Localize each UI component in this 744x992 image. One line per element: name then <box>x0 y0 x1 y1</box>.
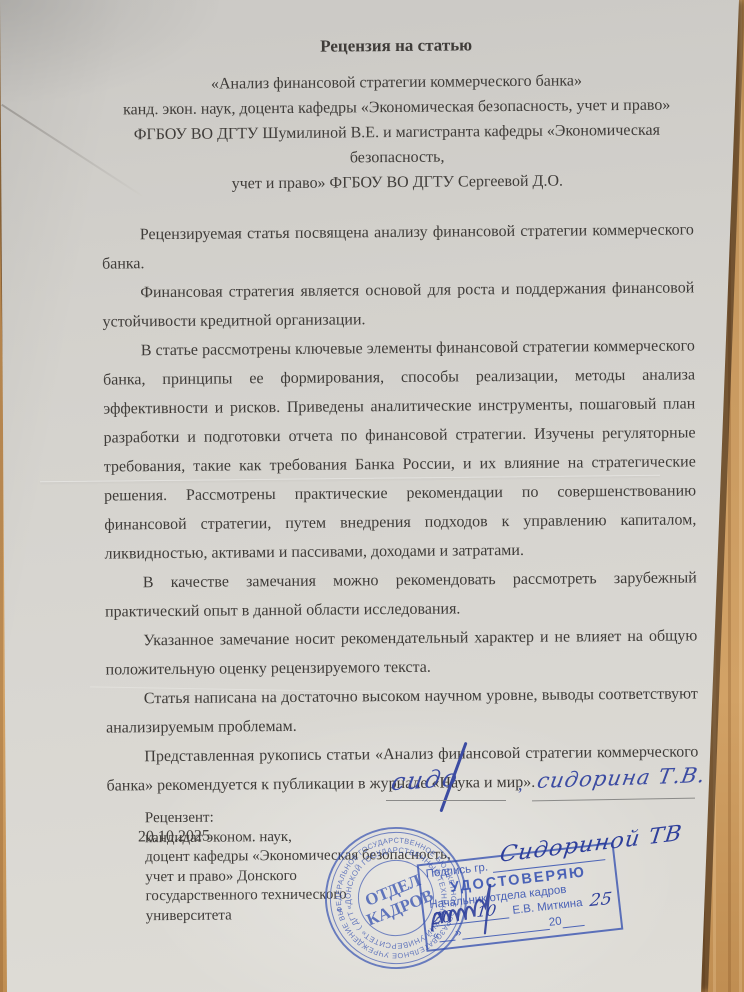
paragraph: В статье рассмотрены ключевые элементы ф… <box>103 331 697 568</box>
paragraph: Статья написана на достаточно высоком на… <box>106 679 698 742</box>
paragraph: Рецензируемая статья посвящена анализу ф… <box>102 215 694 278</box>
signature-comma: , <box>518 774 523 795</box>
paragraph: Финансовая стратегия является основой дл… <box>102 273 694 336</box>
review-text: Рецензируемая статья посвящена анализу ф… <box>102 215 699 800</box>
paragraph: В качестве замечания можно рекомендовать… <box>105 563 697 626</box>
handwritten-year: 25 <box>589 889 613 911</box>
signature-line <box>386 800 506 801</box>
handwritten-month: 10 <box>476 901 497 921</box>
author-line: учет и право» ФГБОУ ВО ДГТУ Сергеевой Д.… <box>101 167 693 197</box>
document-paper: Рецензия на статью «Анализ финансовой ст… <box>0 0 744 992</box>
paragraph: Указанное замечание носит рекомендательн… <box>105 621 697 684</box>
review-date: 20.10.2025 <box>138 827 210 846</box>
page-title: Рецензия на статью <box>100 33 692 58</box>
author-line: ФГБОУ ВО ДГТУ Шумилиной В.Е. и магистран… <box>101 117 693 172</box>
stamp-blank-line <box>561 914 584 928</box>
handwritten-day: 20 <box>431 906 452 928</box>
